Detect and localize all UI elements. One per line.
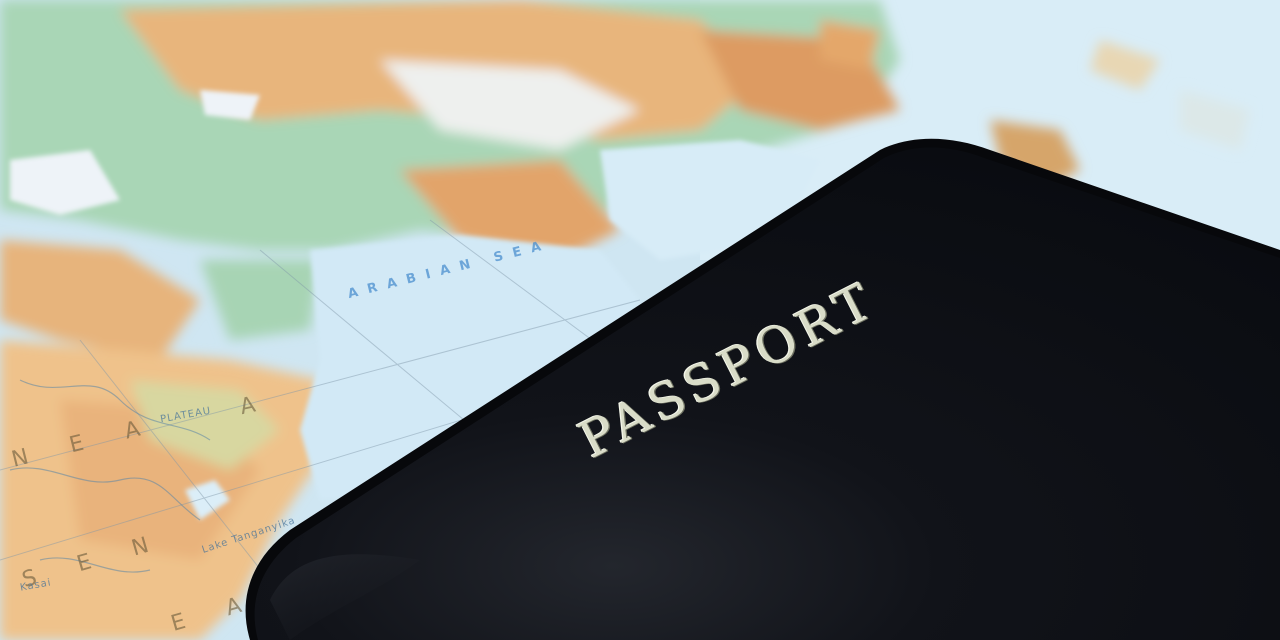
photo-scene: ARABIAN SEA A N E A S E N E A Lake Tanga… xyxy=(0,0,1280,640)
passport-cover xyxy=(0,0,1280,640)
